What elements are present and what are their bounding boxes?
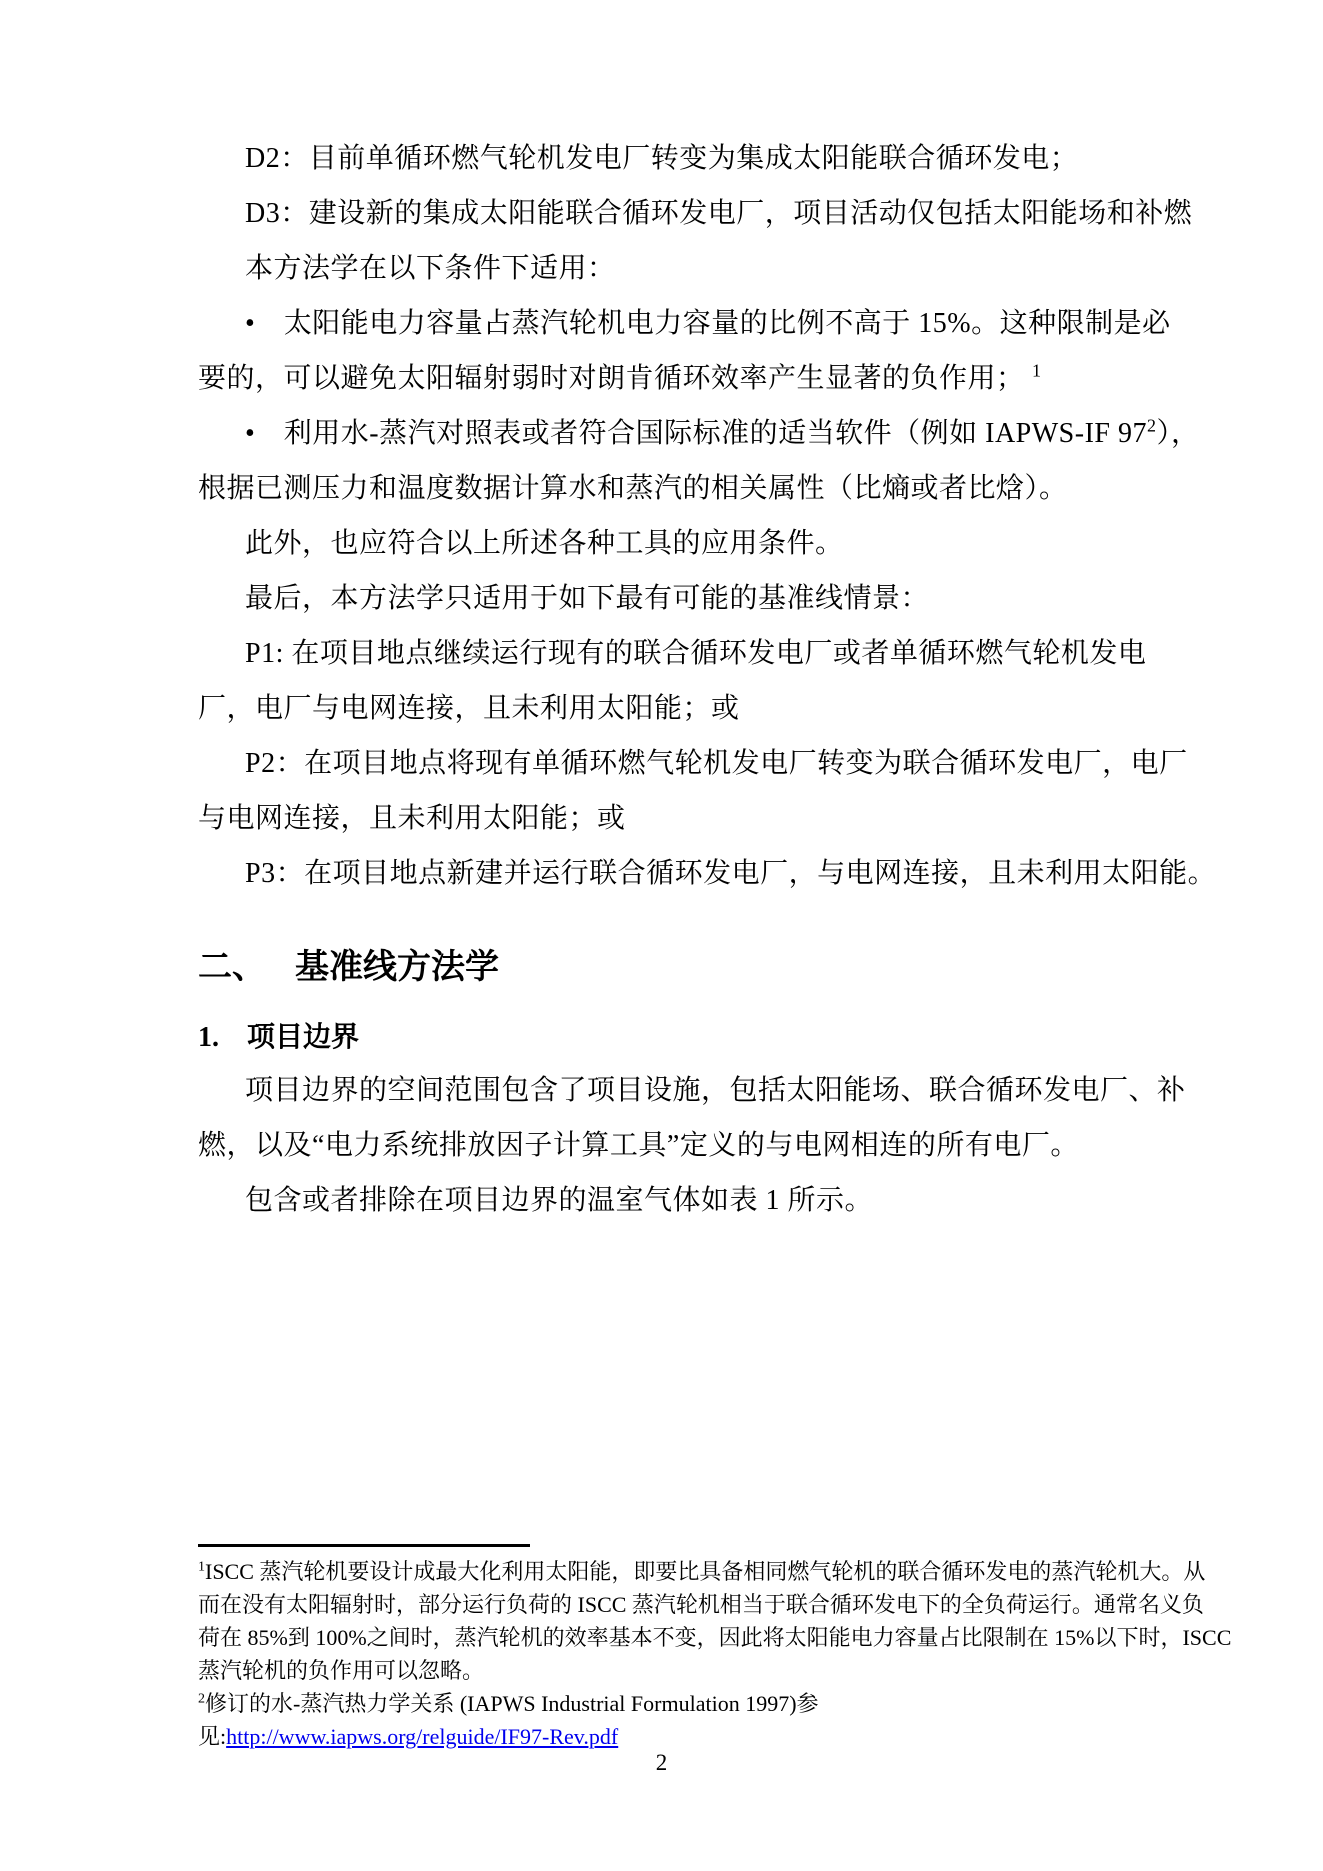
text-run: 根据已测压力和温度数据计算水和蒸汽的相关属性（比熵或者比焓）。 xyxy=(198,473,1068,504)
text-run: 蒸汽轮机的负作用可以忽略。 xyxy=(198,1658,484,1683)
text-line: 此外，也应符合以上所述各种工具的应用条件。 xyxy=(198,516,1128,571)
text-run: ）， xyxy=(1156,418,1199,449)
text-line: D3：建设新的集成太阳能联合循环发电厂，项目活动仅包括太阳能场和补燃 xyxy=(198,186,1128,241)
text-run: 修订的水-蒸汽热力学关系 (IAPWS Industrial Formulati… xyxy=(205,1691,819,1716)
text-line: 包含或者排除在项目边界的温室气体如表 1 所示。 xyxy=(198,1173,1128,1228)
superscript-footnote-marker: 2 xyxy=(198,1692,205,1707)
text-run: ISCC 蒸汽轮机要设计成最大化利用太阳能，即要比具备相同燃气轮机的联合循环发电… xyxy=(205,1559,1205,1584)
text-run: 包含或者排除在项目边界的温室气体如表 1 所示。 xyxy=(245,1185,873,1216)
text-line: P3：在项目地点新建并运行联合循环发电厂，与电网连接，且未利用太阳能。 xyxy=(198,846,1128,901)
text-run: P2：在项目地点将现有单循环燃气轮机发电厂转变为联合循环发电厂，电厂 xyxy=(245,748,1188,779)
text-line: 厂，电厂与电网连接，且未利用太阳能；或 xyxy=(198,681,1128,736)
heading-text: 项目边界 xyxy=(247,1021,359,1052)
footnote-lines: 1ISCC 蒸汽轮机要设计成最大化利用太阳能，即要比具备相同燃气轮机的联合循环发… xyxy=(198,1555,1198,1753)
text-line: 燃，以及“电力系统排放因子计算工具”定义的与电网相连的所有电厂。 xyxy=(198,1118,1128,1173)
text-run: D3：建设新的集成太阳能联合循环发电厂，项目活动仅包括太阳能场和补燃 xyxy=(245,198,1192,229)
text-line: 与电网连接，且未利用太阳能；或 xyxy=(198,791,1128,846)
text-line: 本方法学在以下条件下适用： xyxy=(198,241,1128,296)
text-run: • 太阳能电力容量占蒸汽轮机电力容量的比例不高于 15%。这种限制是必 xyxy=(245,308,1171,339)
text-run: 荷在 85%到 100%之间时，蒸汽轮机的效率基本不变，因此将太阳能电力容量占比… xyxy=(198,1625,1231,1650)
footnote-url-link[interactable]: http://www.iapws.org/relguide/IF97-Rev.p… xyxy=(226,1724,618,1749)
heading-number: 二、 xyxy=(198,937,295,997)
text-run: 而在没有太阳辐射时，部分运行负荷的 ISCC 蒸汽轮机相当于联合循环发电下的全负… xyxy=(198,1592,1204,1617)
text-run: 此外，也应符合以上所述各种工具的应用条件。 xyxy=(245,528,844,559)
text-line: • 太阳能电力容量占蒸汽轮机电力容量的比例不高于 15%。这种限制是必 xyxy=(198,296,1128,351)
text-run: P3：在项目地点新建并运行联合循环发电厂，与电网连接，且未利用太阳能。 xyxy=(245,858,1216,889)
subsection-heading: 1.项目边界 xyxy=(198,1012,1128,1063)
heading-text: 基准线方法学 xyxy=(295,948,499,986)
text-run: 要的，可以避免太阳辐射弱时对朗肯循环效率产生显著的负作用； xyxy=(198,363,1032,394)
text-line: P2：在项目地点将现有单循环燃气轮机发电厂转变为联合循环发电厂，电厂 xyxy=(198,736,1128,791)
text-run: D2：目前单循环燃气轮机发电厂转变为集成太阳能联合循环发电； xyxy=(245,143,1078,174)
text-line: D2：目前单循环燃气轮机发电厂转变为集成太阳能联合循环发电； xyxy=(198,131,1128,186)
heading-number: 1. xyxy=(198,1013,247,1063)
document-body: D2：目前单循环燃气轮机发电厂转变为集成太阳能联合循环发电；D3：建设新的集成太… xyxy=(198,131,1128,1228)
section-heading: 二、基准线方法学 xyxy=(198,937,1128,998)
page-number: 2 xyxy=(0,1748,1323,1778)
text-line: 最后，本方法学只适用于如下最有可能的基准线情景： xyxy=(198,571,1128,626)
footnote-separator-rule xyxy=(198,1544,530,1547)
superscript-footnote-marker: 1 xyxy=(1032,361,1042,381)
text-line: 项目边界的空间范围包含了项目设施，包括太阳能场、联合循环发电厂、补 xyxy=(198,1063,1128,1118)
text-run: P1: 在项目地点继续运行现有的联合循环发电厂或者单循环燃气轮机发电 xyxy=(245,638,1146,669)
text-run: 见: xyxy=(198,1724,226,1749)
text-run: • 利用水-蒸汽对照表或者符合国际标准的适当软件（例如 IAPWS-IF 97 xyxy=(245,418,1147,449)
footnote-line: 1ISCC 蒸汽轮机要设计成最大化利用太阳能，即要比具备相同燃气轮机的联合循环发… xyxy=(198,1555,1198,1588)
superscript-footnote-marker: 1 xyxy=(198,1560,205,1575)
text-run: 厂，电厂与电网连接，且未利用太阳能；或 xyxy=(198,693,740,724)
footnote-line: 2修订的水-蒸汽热力学关系 (IAPWS Industrial Formulat… xyxy=(198,1687,1198,1720)
text-run: 本方法学在以下条件下适用： xyxy=(245,253,616,284)
text-run: 项目边界的空间范围包含了项目设施，包括太阳能场、联合循环发电厂、补 xyxy=(245,1075,1186,1106)
text-run: 最后，本方法学只适用于如下最有可能的基准线情景： xyxy=(245,583,929,614)
document-page: D2：目前单循环燃气轮机发电厂转变为集成太阳能联合循环发电；D3：建设新的集成太… xyxy=(0,0,1323,1871)
footnote-line: 而在没有太阳辐射时，部分运行负荷的 ISCC 蒸汽轮机相当于联合循环发电下的全负… xyxy=(198,1588,1198,1621)
footnote-section: 1ISCC 蒸汽轮机要设计成最大化利用太阳能，即要比具备相同燃气轮机的联合循环发… xyxy=(198,1544,1198,1753)
footnote-line: 蒸汽轮机的负作用可以忽略。 xyxy=(198,1654,1198,1687)
text-run: 与电网连接，且未利用太阳能；或 xyxy=(198,803,626,834)
footnote-line: 荷在 85%到 100%之间时，蒸汽轮机的效率基本不变，因此将太阳能电力容量占比… xyxy=(198,1621,1198,1654)
text-line: 根据已测压力和温度数据计算水和蒸汽的相关属性（比熵或者比焓）。 xyxy=(198,461,1128,516)
text-line: • 利用水-蒸汽对照表或者符合国际标准的适当软件（例如 IAPWS-IF 972… xyxy=(198,406,1128,461)
text-line: P1: 在项目地点继续运行现有的联合循环发电厂或者单循环燃气轮机发电 xyxy=(198,626,1128,681)
text-line: 要的，可以避免太阳辐射弱时对朗肯循环效率产生显著的负作用； 1 xyxy=(198,351,1128,406)
text-run: 燃，以及“电力系统排放因子计算工具”定义的与电网相连的所有电厂。 xyxy=(198,1130,1079,1161)
